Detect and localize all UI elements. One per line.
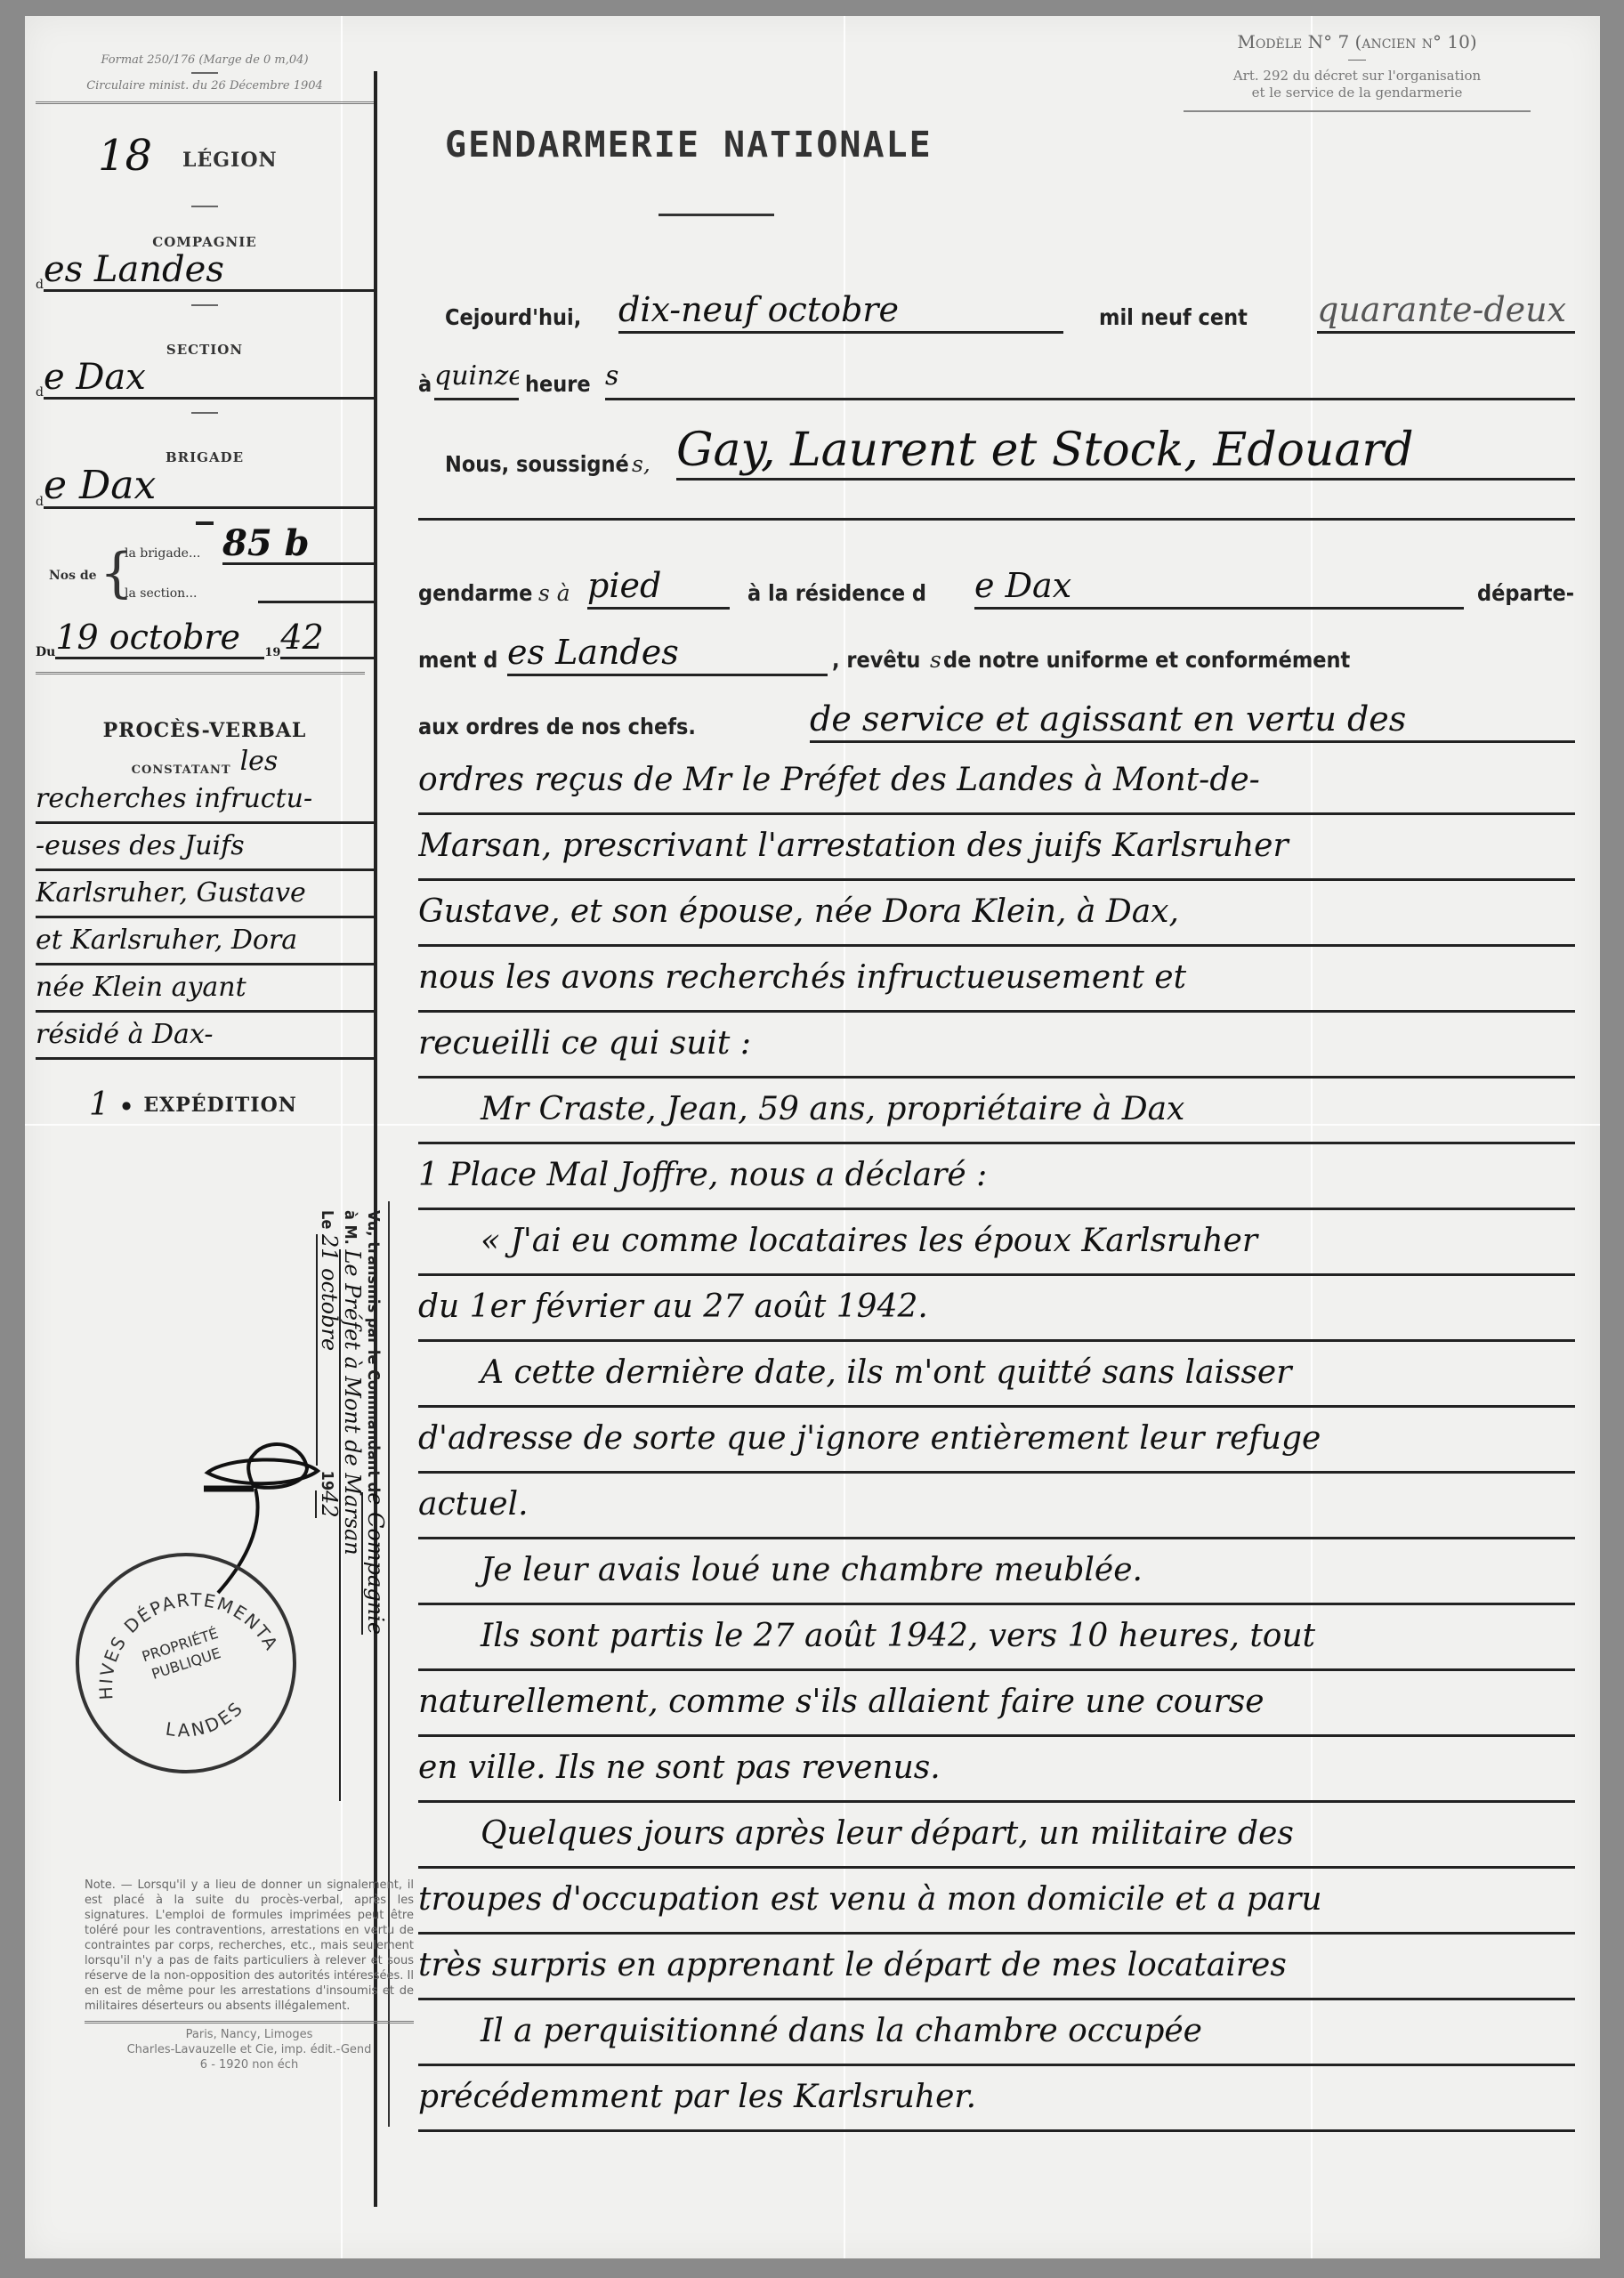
footnote: Note. — Lorsqu'il y a lieu de donner un … [85,1878,414,2072]
left-margin-column: Format 250/176 (Marge de 0 m,04) Circula… [36,53,374,1123]
hour-value: quinze [434,355,519,400]
divider [36,101,374,104]
narrative-line: Marsan, prescrivant l'arrestation des ju… [418,818,1575,881]
svg-text:LANDES: LANDES [158,1693,252,1750]
brigade-number-value: 85 b [222,525,374,565]
numbers-label: Nos de [49,569,97,583]
signatories-row: Nous, soussigné s, Gay, Laurent et Stock… [418,418,1575,489]
constatant-label: CONSTATANT [132,763,231,777]
pv-subject-line: -euses des Juifs [36,824,374,871]
narrative-line: nous les avons recherchés infructueuseme… [418,949,1575,1013]
narrative-line: actuel. [418,1476,1575,1539]
narrative-line: Gustave, et son épouse, née Dora Klein, … [418,884,1575,947]
narrative-line: Je leur avais loué une chambre meublée. [418,1542,1575,1605]
imprint-city: Paris, Nancy, Limoges [85,2027,414,2042]
hour-row: à quinze heure s [418,347,1575,409]
legion-number: 18 [98,131,152,181]
narrative-line: du 1er février au 27 août 1942. [418,1279,1575,1342]
proces-verbal-title: PROCÈS-VERBAL [36,719,374,742]
signatories-value: Gay, Laurent et Stock, Edouard [676,423,1575,481]
narrative-line: ordres reçus de Mr le Préfet des Landes … [418,752,1575,815]
section-label: SECTION [36,342,374,358]
model-article-1: Art. 292 du décret sur l'organisation [1148,68,1566,85]
brigade-field: BRIGADE d e Dax [36,449,374,509]
date-value: dix-neuf octobre [618,288,1063,334]
narrative-line: Mr Craste, Jean, 59 ans, propriétaire à … [418,1081,1575,1144]
transmission-recipient: Le Préfet à Mont de Marsan [339,1249,364,1801]
narrative-line: Il a perquisitionné dans la chambre occu… [418,2003,1575,2066]
pv-subject-line: née Klein ayant [36,965,374,1013]
transmission-endorsement: Vu, transmis par le Commandant de Compag… [316,1210,387,1869]
section-field: SECTION d e Dax [36,342,374,400]
blank-line [418,518,1575,521]
expedition-number: 1 [89,1086,109,1123]
legion-field: 18 LÉGION [36,140,374,193]
transmission-unit: e Compagnie [361,1492,388,1635]
brigade-value: e Dax [44,465,374,509]
departement-value: es Landes [507,631,828,676]
format-line: Format 250/176 (Marge de 0 m,04) [36,53,374,67]
departement-row: ment d es Landes , revêtu s de notre uni… [418,623,1575,685]
pv-subject-line: recherches infructu- [36,777,374,824]
narrative-line: précédemment par les Karlsruher. [418,2069,1575,2132]
gendarme-type-value: pied [587,564,730,610]
record-numbers: Nos de { la brigade... 85 b la section..… [36,537,374,618]
narrative-line: naturellement, comme s'ils allaient fair… [418,1674,1575,1737]
proces-verbal-block: PROCÈS-VERBAL CONSTATANT les recherches … [36,719,374,1060]
compagnie-label: COMPAGNIE [36,234,374,250]
circular-line: Circulaire minist. du 26 Décembre 1904 [36,79,374,93]
gendarme-row: gendarme s à pied à la résidence d e Dax… [418,556,1575,618]
orders-value: de service et agissant en vertu des [810,698,1575,743]
narrative-line: « J'ai eu comme locataires les époux Kar… [418,1213,1575,1276]
residence-value: e Dax [974,564,1464,610]
compagnie-value: es Landes [44,250,374,292]
record-year-value: 42 [280,618,374,659]
record-date-value: 19 octobre [55,618,264,659]
document-title: GENDARMERIE NATIONALE [445,125,933,166]
section-value: e Dax [44,358,374,400]
narrative-line: en ville. Ils ne sont pas revenus. [418,1740,1575,1803]
section-number-value [258,586,374,603]
narrative-line: 1 Place Mal Joffre, nous a déclaré : [418,1147,1575,1210]
narrative-line: recueilli ce qui suit : [418,1015,1575,1078]
pv-subject-line: Karlsruher, Gustave [36,871,374,918]
narrative-line: d'adresse de sorte que j'ignore entièrem… [418,1410,1575,1474]
record-date: Du 19 octobre 19 42 [36,618,374,659]
narrative-line: A cette dernière date, ils m'ont quitté … [418,1345,1575,1408]
date-row: Cejourd'hui, dix-neuf octobre mil neuf c… [418,280,1575,343]
narrative-line: Ils sont partis le 27 août 1942, vers 10… [418,1608,1575,1671]
model-article-2: et le service de la gendarmerie [1148,85,1566,101]
model-number: Modèle N° 7 (ancien n° 10) [1148,31,1566,53]
orders-row: aux ordres de nos chefs. de service et a… [418,690,1575,752]
pv-subject-line: résidé à Dax- [36,1013,374,1060]
imprint-printer: Charles-Lavauzelle et Cie, imp. édit.-Ge… [85,2042,414,2057]
footnote-text: Note. — Lorsqu'il y a lieu de donner un … [85,1878,414,2014]
compagnie-field: COMPAGNIE d es Landes [36,234,374,292]
stamp-ring-bottom: LANDES [158,1693,252,1750]
narrative-line: Quelques jours après leur départ, un mil… [418,1805,1575,1869]
legion-label: LÉGION [182,149,278,172]
pv-subject-line: et Karlsruher, Dora [36,918,374,965]
transmission-date: 21 octobre [316,1234,341,1466]
imprint-code: 6 - 1920 non éch [85,2057,414,2072]
expedition-label: EXPÉDITION [143,1094,296,1117]
model-info: Modèle N° 7 (ancien n° 10) Art. 292 du d… [1148,31,1566,112]
narrative-line: troupes d'occupation est venu à mon domi… [418,1871,1575,1935]
expedition-label-row: 1 ● EXPÉDITION [36,1086,374,1123]
year-value: quarante-deux [1317,288,1575,334]
narrative-line: très surpris en apprenant le départ de m… [418,1937,1575,2000]
